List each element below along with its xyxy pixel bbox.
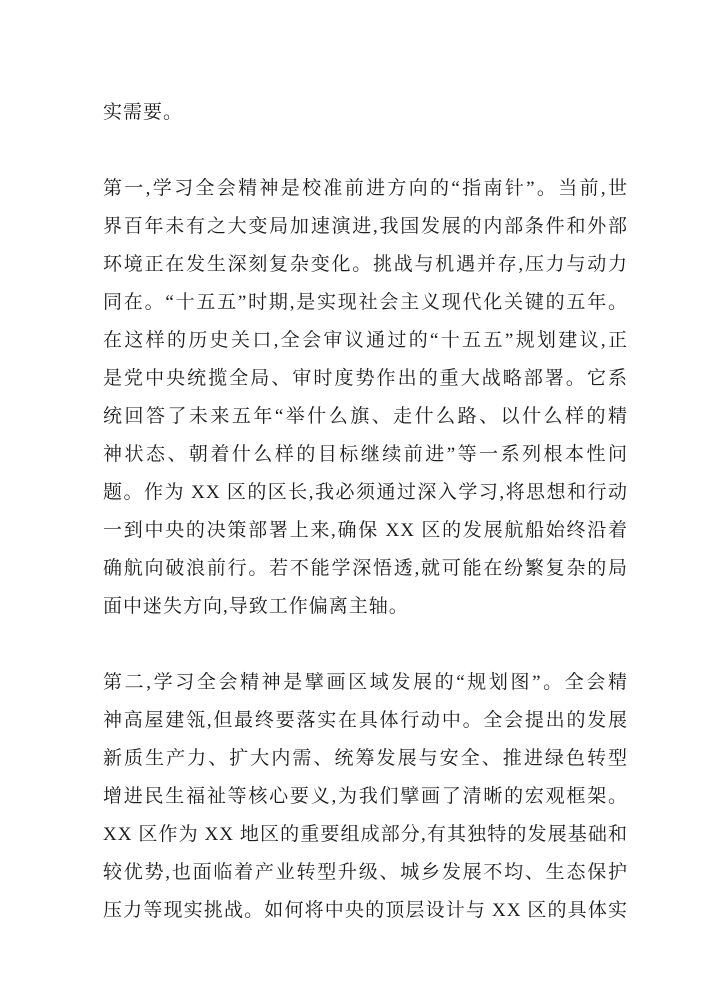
paragraph: 实需要。 xyxy=(103,94,628,132)
text-line: 面中迷失方向,导致工作偏离主轴。 xyxy=(103,588,628,626)
text-line: 在这样的历史关口,全会审议通过的“十五五”规划建议,正 xyxy=(103,322,628,360)
text-line: 神状态、朝着什么样的目标继续前进”等一系列根本性问 xyxy=(103,436,628,474)
text-line: 实需要。 xyxy=(103,94,628,132)
text-line: 较优势,也面临着产业转型升级、城乡发展不均、生态保护 xyxy=(103,854,628,892)
text-line: 第一,学习全会精神是校准前进方向的“指南针”。当前,世 xyxy=(103,170,628,208)
document-body: 实需要。第一,学习全会精神是校准前进方向的“指南针”。当前,世界百年未有之大变局… xyxy=(103,94,628,930)
paragraph: 第一,学习全会精神是校准前进方向的“指南针”。当前,世界百年未有之大变局加速演进… xyxy=(103,170,628,626)
text-line: 环境正在发生深刻复杂变化。挑战与机遇并存,压力与动力 xyxy=(103,246,628,284)
text-line: 第二,学习全会精神是擘画区域发展的“规划图”。全会精 xyxy=(103,664,628,702)
text-line: 压力等现实挑战。如何将中央的顶层设计与 XX 区的具体实 xyxy=(103,892,628,930)
text-line: 神高屋建瓴,但最终要落实在具体行动中。全会提出的发展 xyxy=(103,702,628,740)
text-line: XX 区作为 XX 地区的重要组成部分,有其独特的发展基础和比 xyxy=(103,816,628,854)
text-line: 统回答了未来五年“举什么旗、走什么路、以什么样的精 xyxy=(103,398,628,436)
text-line: 界百年未有之大变局加速演进,我国发展的内部条件和外部 xyxy=(103,208,628,246)
text-line: 题。作为 XX 区的区长,我必须通过深入学习,将思想和行动统 xyxy=(103,474,628,512)
text-line: 同在。“十五五”时期,是实现社会主义现代化关键的五年。 xyxy=(103,284,628,322)
document-page: 实需要。第一,学习全会精神是校准前进方向的“指南针”。当前,世界百年未有之大变局… xyxy=(0,0,711,1006)
text-line: 是党中央统揽全局、审时度势作出的重大战略部署。它系 xyxy=(103,360,628,398)
paragraph: 第二,学习全会精神是擘画区域发展的“规划图”。全会精神高屋建瓴,但最终要落实在具… xyxy=(103,664,628,930)
text-line: 新质生产力、扩大内需、统筹发展与安全、推进绿色转型 xyxy=(103,740,628,778)
text-line: 增进民生福祉等核心要义,为我们擘画了清晰的宏观框架。 xyxy=(103,778,628,816)
text-line: 一到中央的决策部署上来,确保 XX 区的发展航船始终沿着正 xyxy=(103,512,628,550)
text-line: 确航向破浪前行。若不能学深悟透,就可能在纷繁复杂的局 xyxy=(103,550,628,588)
